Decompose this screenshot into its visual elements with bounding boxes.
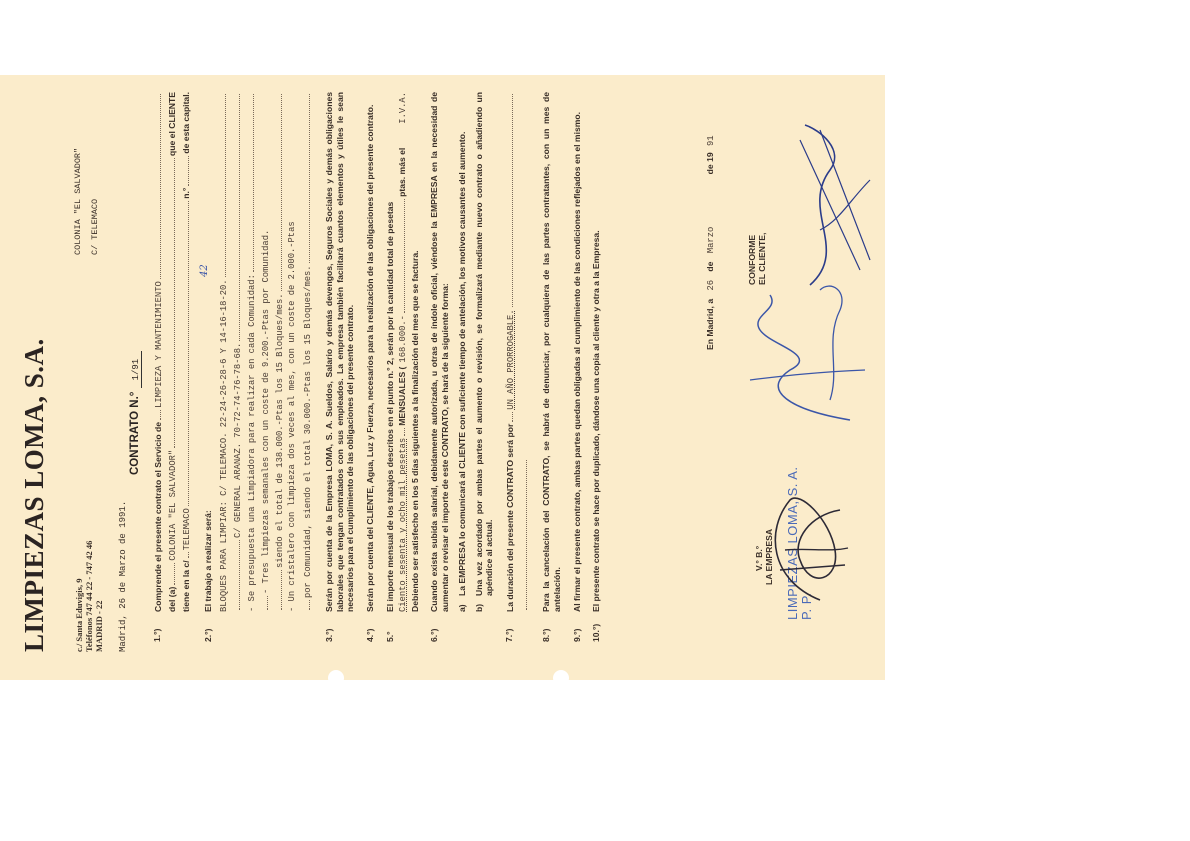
- clause-5: 5.° El importe mensual de los trabajos d…: [385, 92, 420, 642]
- clause-9: 9.°) Al firmar el presente contrato, amb…: [572, 92, 583, 642]
- signing-date: En Madrid, a 26 de Marzo de 19 91: [705, 135, 717, 350]
- clause-2: 2.°) El trabajo a realizar será: 42 BLOQ…: [203, 92, 315, 642]
- contract-title: CONTRATO N.° 1/91: [128, 351, 142, 475]
- company-address: c./ Santa Eduvigis, 9 Teléfonos 747 44 2…: [75, 541, 104, 652]
- street-value: TELEMACO: [182, 508, 193, 550]
- contract-number: 1/91: [131, 351, 142, 389]
- clause-10: 10.°) El presente contrato se hace por d…: [591, 92, 602, 642]
- clause-6: 6.°) Cuando exista subida salarial, debi…: [429, 92, 495, 642]
- handwritten-annotation: 42: [199, 264, 212, 277]
- contract-body: 1.°) Comprende el presente contrato el S…: [152, 92, 611, 642]
- page-content: LIMPIEZAS LOMA, S.A. c./ Santa Eduvigis,…: [0, 75, 885, 680]
- clause-6a: a) La EMPRESA lo comunicará al CLIENTE c…: [457, 92, 468, 612]
- client-header: COLONIA "EL SALVADOR" C/ TELEMACO: [70, 148, 104, 255]
- amount-in-words: Ciento sesenta y ocho mil pesetas: [398, 438, 409, 612]
- document-date: Madrid, 26 de Marzo de 1991.: [118, 501, 129, 652]
- clause-3: 3.°) Serán por cuenta de la Empresa LOMA…: [324, 92, 356, 642]
- client-name-value: COLONIA "EL SALVADOR": [168, 450, 179, 561]
- clause-8: 8.°) Para la cancelación del CONTRATO, s…: [541, 92, 562, 642]
- service-value: LIMPIEZA Y MANTENIMIENTO: [154, 281, 165, 408]
- company-name: LIMPIEZAS LOMA, S.A.: [18, 338, 52, 652]
- company-signature: [760, 480, 850, 610]
- clause-1: 1.°) Comprende el presente contrato el S…: [152, 92, 194, 642]
- client-signature-1: [730, 270, 870, 430]
- clause-6b: b) Una vez acordado por ambas partes el …: [474, 92, 495, 612]
- duration-value: UN AÑO PRORROGABLE.: [506, 309, 517, 409]
- client-signature-2: [790, 120, 880, 290]
- clause-4: 4.°) Serán por cuenta del CLIENTE, Agua,…: [365, 92, 376, 642]
- amount-number: 168.000.-: [398, 315, 409, 363]
- scanned-contract-page: LIMPIEZAS LOMA, S.A. c./ Santa Eduvigis,…: [0, 75, 885, 680]
- clause-7: 7.°) La duración del presente CONTRATO s…: [504, 92, 532, 642]
